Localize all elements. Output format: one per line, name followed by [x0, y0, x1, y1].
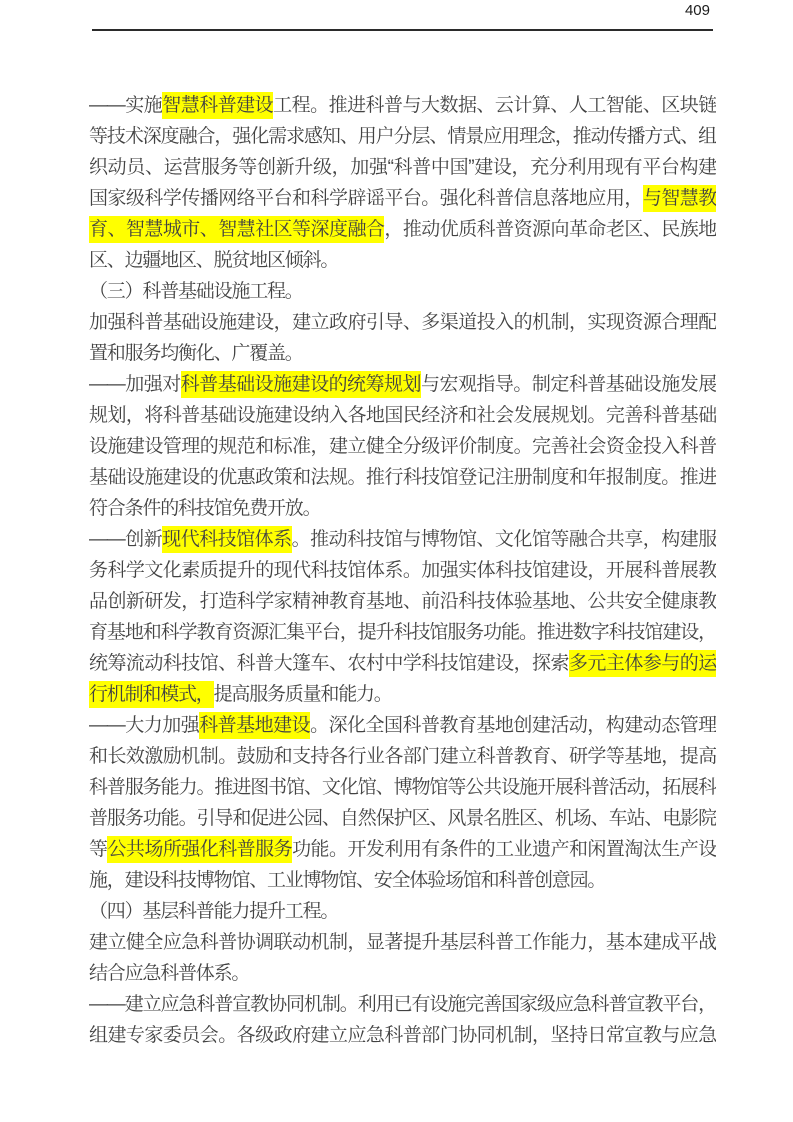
- header-rule: [92, 29, 713, 31]
- text-line: 规划，将科普基础设施建设纳入各地国民经济和社会发展规划。完善科普基础: [89, 400, 716, 431]
- text-segment: 符合条件的科技馆免费开放。: [89, 498, 320, 519]
- text-line: 基础设施建设的优惠政策和法规。推行科技馆登记注册制度和年报制度。推进: [89, 462, 716, 493]
- text-line: ——建立应急科普宣教协同机制。利用已有设施完善国家级应急科普宣教平台，: [89, 989, 716, 1020]
- text-line: ——创新现代科技馆体系。推动科技馆与博物馆、文化馆等融合共享，构建服: [89, 524, 716, 555]
- text-segment: 结合应急科普体系。: [89, 963, 249, 984]
- text-segment: 区、边疆地区、脱贫地区倾斜。: [89, 250, 338, 271]
- highlighted-text: 科普基地建设: [199, 712, 310, 739]
- text-line: 等公共场所强化科普服务功能。开发利用有条件的工业遗产和闲置淘汰生产设: [89, 834, 716, 865]
- text-line: 设施建设管理的规范和标准，建立健全分级评价制度。完善社会资金投入科普: [89, 431, 716, 462]
- text-line: 组建专家委员会。各级政府建立应急科普部门协同机制，坚持日常宣教与应急: [89, 1020, 716, 1051]
- text-segment: ——大力加强: [89, 715, 199, 736]
- text-segment: ——加强对: [89, 374, 181, 395]
- text-segment: 品创新研发，打造科学家精神教育基地、前沿科技体验基地、公共安全健康教: [89, 591, 716, 612]
- highlighted-text: 现代科技馆体系: [162, 526, 291, 553]
- text-line: 育基地和科学教育资源汇集平台，提升科技馆服务功能。推进数字科技馆建设，: [89, 617, 716, 648]
- text-line: 织动员、运营服务等创新升级，加强“科普中国”建设，充分利用现有平台构建: [89, 152, 716, 183]
- text-line: 结合应急科普体系。: [89, 958, 716, 989]
- text-segment: 置和服务均衡化、广覆盖。: [89, 343, 303, 364]
- text-segment: 育基地和科学教育资源汇集平台，提升科技馆服务功能。推进数字科技馆建设，: [89, 622, 716, 643]
- text-line: 施，建设科技博物馆、工业博物馆、安全体验场馆和科普创意园。: [89, 865, 716, 896]
- text-line: 置和服务均衡化、广覆盖。: [89, 338, 716, 369]
- text-line: 品创新研发，打造科学家精神教育基地、前沿科技体验基地、公共安全健康教: [89, 586, 716, 617]
- text-line: （四）基层科普能力提升工程。: [89, 896, 716, 927]
- text-line: 等技术深度融合，强化需求感知、用户分层、情景应用理念，推动传播方式、组: [89, 121, 716, 152]
- text-segment: 组建专家委员会。各级政府建立应急科普部门协同机制，坚持日常宣教与应急: [89, 1025, 716, 1046]
- text-segment: 。推动科技馆与博物馆、文化馆等融合共享，构建服: [292, 529, 716, 550]
- document-body: ——实施智慧科普建设工程。推进科普与大数据、云计算、人工智能、区块链等技术深度融…: [89, 90, 716, 1051]
- text-line: 国家级科学传播网络平台和科学辟谣平台。强化科普信息落地应用，与智慧教: [89, 183, 716, 214]
- text-segment: ——创新: [89, 529, 162, 550]
- text-segment: 统筹流动科技馆、科普大篷车、农村中学科技馆建设，探索: [89, 653, 569, 674]
- text-line: （三）科普基础设施工程。: [89, 276, 716, 307]
- highlighted-text: 科普基础设施建设的统筹规划: [181, 371, 421, 398]
- text-segment: 等技术深度融合，强化需求感知、用户分层、情景应用理念，推动传播方式、组: [89, 126, 716, 147]
- text-line: 符合条件的科技馆免费开放。: [89, 493, 716, 524]
- text-segment: 和长效激励机制。鼓励和支持各行业各部门建立科普教育、研学等基地，提高: [89, 746, 716, 767]
- text-segment: 加强科普基础设施建设，建立政府引导、多渠道投入的机制，实现资源合理配: [89, 312, 716, 333]
- text-segment: 提高服务质量和能力。: [214, 684, 392, 705]
- text-line: 建立健全应急科普协调联动机制，显著提升基层科普工作能力，基本建成平战: [89, 927, 716, 958]
- text-segment: ——建立应急科普宣教协同机制。利用已有设施完善国家级应急科普宣教平台，: [89, 994, 716, 1015]
- highlighted-text: 行机制和模式，: [89, 681, 214, 708]
- text-segment: 普服务功能。引导和促进公园、自然保护区、风景名胜区、机场、车站、电影院: [89, 808, 716, 829]
- highlighted-text: 智慧科普建设: [162, 92, 273, 119]
- page-number: 409: [685, 2, 710, 19]
- text-line: 育、智慧城市、智慧社区等深度融合，推动优质科普资源向革命老区、民族地: [89, 214, 716, 245]
- text-line: 和长效激励机制。鼓励和支持各行业各部门建立科普教育、研学等基地，提高: [89, 741, 716, 772]
- text-segment: 科普服务能力。推进图书馆、文化馆、博物馆等公共设施开展科普活动，拓展科: [89, 777, 716, 798]
- text-line: 务科学文化素质提升的现代科技馆体系。加强实体科技馆建设，开展科普展教: [89, 555, 716, 586]
- text-segment: 等: [89, 839, 107, 860]
- text-segment: 规划，将科普基础设施建设纳入各地国民经济和社会发展规划。完善科普基础: [89, 405, 716, 426]
- text-segment: 建立健全应急科普协调联动机制，显著提升基层科普工作能力，基本建成平战: [89, 932, 716, 953]
- text-segment: （四）基层科普能力提升工程。: [89, 901, 338, 922]
- text-segment: ，推动优质科普资源向革命老区、民族地: [384, 219, 716, 240]
- text-line: ——加强对科普基础设施建设的统筹规划与宏观指导。制定科普基础设施发展: [89, 369, 716, 400]
- text-segment: 施，建设科技博物馆、工业博物馆、安全体验场馆和科普创意园。: [89, 870, 605, 891]
- text-line: 统筹流动科技馆、科普大篷车、农村中学科技馆建设，探索多元主体参与的运: [89, 648, 716, 679]
- text-line: 科普服务能力。推进图书馆、文化馆、博物馆等公共设施开展科普活动，拓展科: [89, 772, 716, 803]
- text-segment: 国家级科学传播网络平台和科学辟谣平台。强化科普信息落地应用，: [89, 188, 643, 209]
- text-segment: 设施建设管理的规范和标准，建立健全分级评价制度。完善社会资金投入科普: [89, 436, 716, 457]
- highlighted-text: 育、智慧城市、智慧社区等深度融合: [89, 216, 384, 243]
- text-line: 区、边疆地区、脱贫地区倾斜。: [89, 245, 716, 276]
- text-segment: 。深化全国科普教育基地创建活动，构建动态管理: [310, 715, 716, 736]
- text-segment: ——实施: [89, 95, 162, 116]
- document-page: 409 ——实施智慧科普建设工程。推进科普与大数据、云计算、人工智能、区块链等技…: [0, 0, 793, 1122]
- text-segment: 基础设施建设的优惠政策和法规。推行科技馆登记注册制度和年报制度。推进: [89, 467, 716, 488]
- highlighted-text: 多元主体参与的运: [569, 650, 716, 677]
- highlighted-text: 公共场所强化科普服务: [107, 836, 292, 863]
- text-segment: 与宏观指导。制定科普基础设施发展: [421, 374, 716, 395]
- text-segment: 务科学文化素质提升的现代科技馆体系。加强实体科技馆建设，开展科普展教: [89, 560, 716, 581]
- text-line: 加强科普基础设施建设，建立政府引导、多渠道投入的机制，实现资源合理配: [89, 307, 716, 338]
- text-segment: （三）科普基础设施工程。: [89, 281, 303, 302]
- text-line: ——大力加强科普基地建设。深化全国科普教育基地创建活动，构建动态管理: [89, 710, 716, 741]
- highlighted-text: 与智慧教: [643, 185, 716, 212]
- text-segment: 功能。开发利用有条件的工业遗产和闲置淘汰生产设: [292, 839, 716, 860]
- text-line: 普服务功能。引导和促进公园、自然保护区、风景名胜区、机场、车站、电影院: [89, 803, 716, 834]
- text-line: ——实施智慧科普建设工程。推进科普与大数据、云计算、人工智能、区块链: [89, 90, 716, 121]
- text-segment: 工程。推进科普与大数据、云计算、人工智能、区块链: [273, 95, 716, 116]
- text-segment: 织动员、运营服务等创新升级，加强“科普中国”建设，充分利用现有平台构建: [89, 157, 716, 178]
- text-line: 行机制和模式，提高服务质量和能力。: [89, 679, 716, 710]
